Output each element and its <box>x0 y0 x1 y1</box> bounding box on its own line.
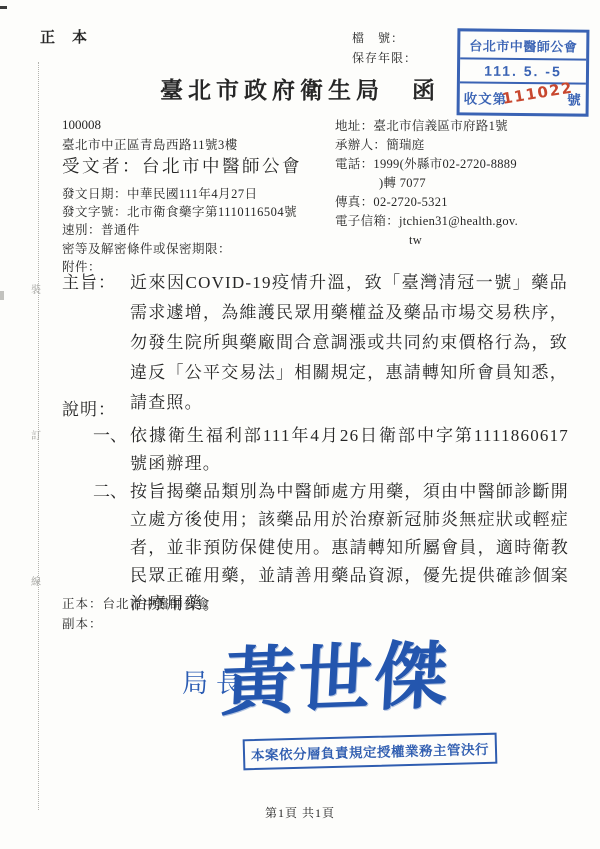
binding-mark-zhuang: 裝 <box>31 281 41 296</box>
page-number: 第1頁 共1頁 <box>0 804 600 821</box>
recipient-address: 臺北市中正區青島西路11號3樓 <box>62 135 238 153</box>
file-number-label: 檔 號： <box>352 28 417 48</box>
document-title: 臺北市政府衛生局 函 <box>0 72 600 105</box>
sender-phone-cont: )轉 7077 <box>335 174 585 193</box>
authorization-stamp: 本案依分層負責規定授權業務主管決行 <box>243 733 498 771</box>
scan-artifact <box>0 291 4 300</box>
sender-phone: 電話：1999(外縣市02-2720-8889 <box>335 155 585 174</box>
sender-address: 地址：臺北市信義區市府路1號 <box>335 117 585 136</box>
copy-type-label: 正本 <box>40 26 104 47</box>
subject-section: 主旨： 近來因COVID-19疫情升溫，致「臺灣清冠一號」藥品需求遽增，為維護民… <box>62 268 568 418</box>
item-1-text: 依據衛生福利部111年4月26日衛部中字第1111860617號函辦理。 <box>130 422 569 478</box>
distribution-block: 正本：台北市中醫師公會 副本： <box>62 594 211 634</box>
item-1-prefix: 一、 <box>93 422 130 478</box>
signature-handwritten: 黃世傑 <box>219 615 484 730</box>
binding-mark-ding: 訂 <box>31 427 41 442</box>
issue-date: 發文日期：中華民國111年4月27日 <box>62 185 297 203</box>
issue-number: 發文字號：北市衛食藥字第1110116504號 <box>62 203 297 221</box>
scan-artifact <box>0 6 7 9</box>
description-label: 說明： <box>62 395 116 420</box>
sender-contact-person: 承辦人：簡瑞庭 <box>335 136 585 155</box>
copy-recipient: 副本： <box>62 614 211 634</box>
sender-email: 電子信箱：jtchien31@health.gov. <box>335 212 585 231</box>
sender-email-cont: tw <box>335 231 585 250</box>
subject-text: 近來因COVID-19疫情升溫，致「臺灣清冠一號」藥品需求遽增，為維護民眾用藥權… <box>130 268 568 418</box>
binding-mark-xian: 線 <box>31 573 41 588</box>
retention-period-label: 保存年限： <box>352 48 417 68</box>
delivery-speed: 速別：普通件 <box>62 221 297 239</box>
sender-fax: 傳真：02-2720-5321 <box>335 193 585 212</box>
recipient-line: 受文者：台北市中醫師公會 <box>62 153 302 178</box>
file-number-block: 檔 號： 保存年限： <box>352 28 417 68</box>
recipient-zip: 100008 <box>62 117 101 133</box>
scanned-official-letter: 裝 訂 線 正本 檔 號： 保存年限： 台北市中醫師公會 111. 5. -5 … <box>0 0 600 849</box>
original-recipient: 正本：台北市中醫師公會 <box>62 594 211 614</box>
sender-contact-block: 地址：臺北市信義區市府路1號 承辦人：簡瑞庭 電話：1999(外縣市02-272… <box>335 117 585 250</box>
receipt-stamp-org: 台北市中醫師公會 <box>460 31 586 60</box>
security-classification: 密等及解密條件或保密期限： <box>62 240 297 258</box>
document-info-block: 發文日期：中華民國111年4月27日 發文字號：北市衛食藥字第111011650… <box>62 185 297 276</box>
description-item-1: 一、 依據衛生福利部111年4月26日衛部中字第1111860617號函辦理。 <box>93 422 569 478</box>
